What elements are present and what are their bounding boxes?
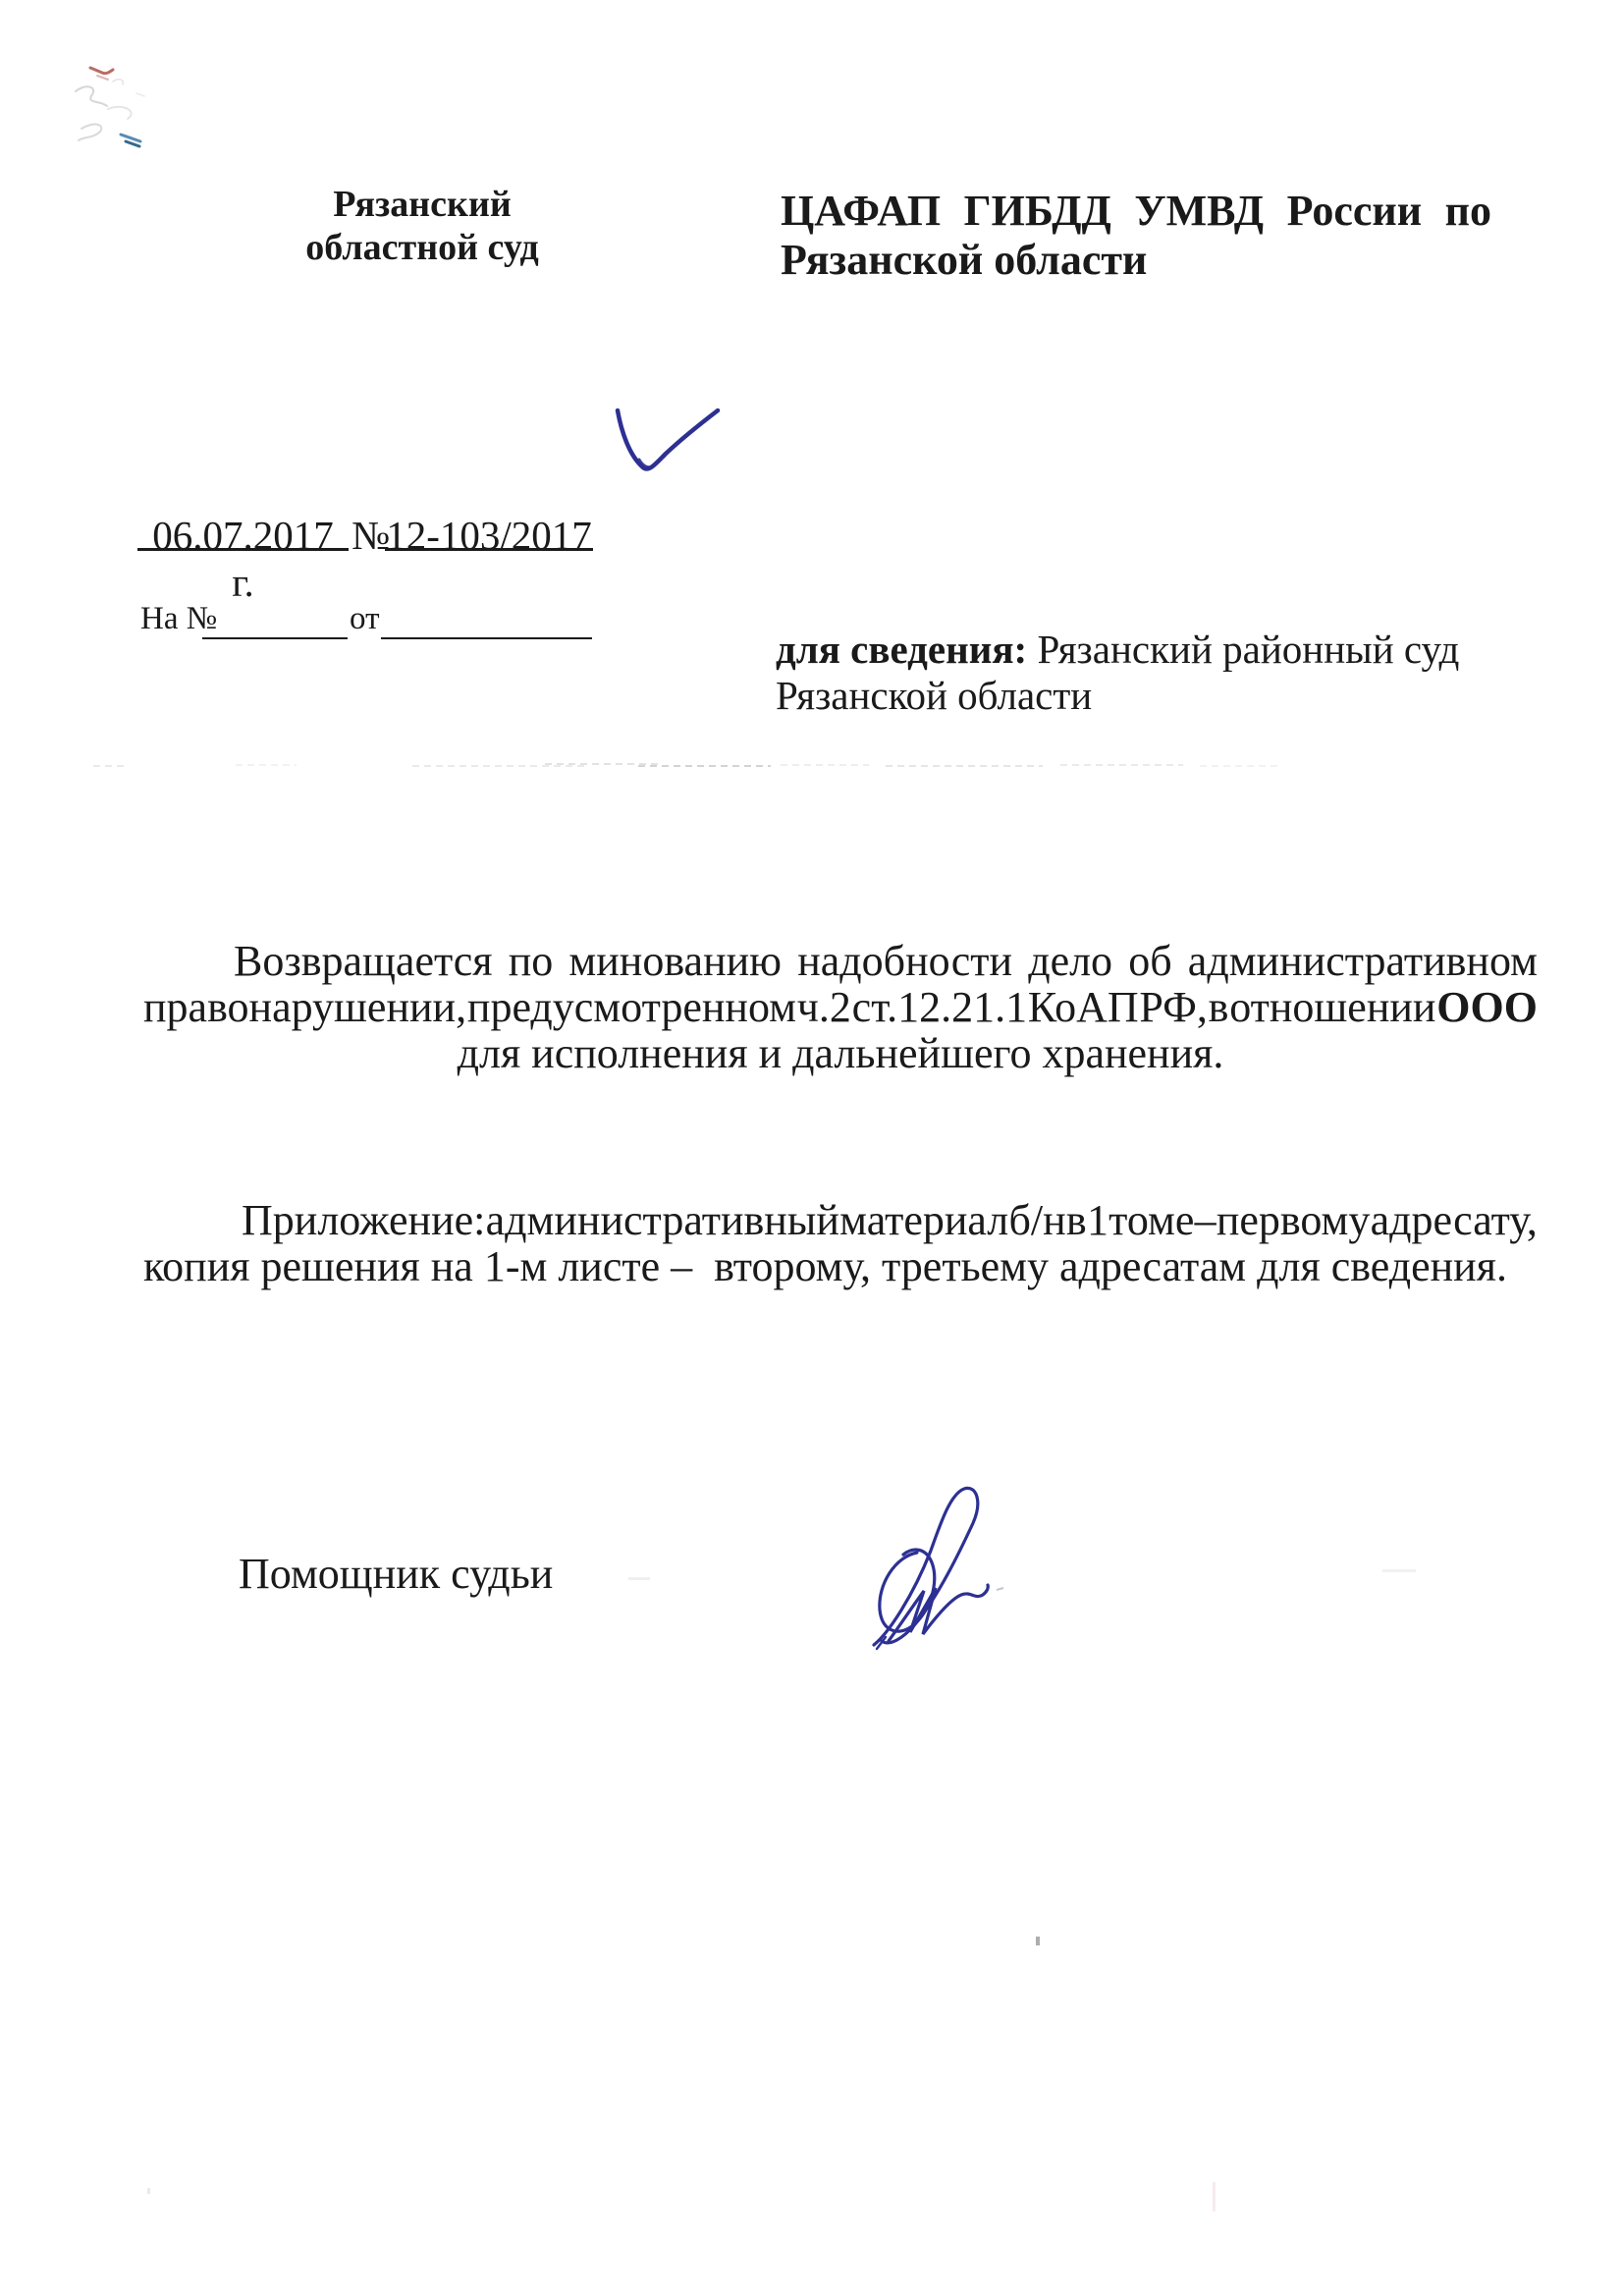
word: – [1195,1197,1216,1243]
sender-line1: Рязанский [265,183,579,226]
word: в [1066,1197,1087,1243]
scanner-speck [628,1577,650,1580]
word: минованию [568,938,782,984]
body-line3: для исполнения и дальнейшего хранения. [143,1030,1538,1076]
attachment-paragraph: Приложение:административныйматериалб/нв1… [143,1197,1538,1289]
word: материал [839,1197,1008,1243]
word: РФ, [1139,984,1207,1030]
recipient-line1: ЦАФАПГИБДДУМВДРоссиипо [781,187,1491,236]
word: дело [1028,938,1112,984]
fyi-line1-rest: Рязанский районный суд [1027,627,1459,672]
fyi-line2: Рязанской области [776,673,1463,719]
date-underline [137,548,349,551]
word: по [1445,187,1491,236]
scanner-speck [147,2188,150,2194]
scanner-smudge-top-left [54,34,191,172]
attachment-line2: копия решения на 1-м листе – второму, тр… [143,1243,1538,1289]
word: ст.12.21.1 [852,984,1027,1030]
reply-date-blank-line [381,637,592,639]
signer-title: Помощник судьи [239,1549,553,1599]
word: правонарушении, [143,984,466,1030]
word: УМВД [1134,187,1264,236]
recipient-line2: Рязанской области [781,236,1491,285]
word: адресату, [1371,1197,1538,1243]
word: ч.2 [797,984,851,1030]
word: предусмотренном [467,984,796,1030]
recipient-block: ЦАФАПГИБДДУМВДРоссиипо Рязанской области [781,187,1491,285]
body-paragraph: Возвращаетсяпоминованиюнадобностиделооба… [143,938,1538,1076]
number-underline [385,548,593,551]
word: первому [1216,1197,1371,1243]
scanned-letter-page: Рязанский областной суд ЦАФАПГИБДДУМВДРо… [0,0,1622,2296]
scanner-pink-streak [1213,2182,1216,2212]
word: Приложение: [242,1197,485,1243]
word: России [1287,187,1423,236]
word: 1 [1087,1197,1108,1243]
sender-block: Рязанский областной суд [265,183,579,269]
handwritten-checkmark-icon [601,395,729,483]
fyi-block: для сведения: Рязанский районный суд Ряз… [776,627,1463,719]
word: отношении [1229,984,1435,1030]
handwritten-signature-icon [844,1476,1006,1653]
word: Возвращается [234,938,493,984]
word: административном [1188,938,1538,984]
word: надобности [797,938,1012,984]
word: б/н [1009,1197,1066,1243]
scanner-speck [1382,1569,1416,1572]
word: ГИБДД [964,187,1111,236]
sender-line2: областной суд [265,226,579,269]
fyi-line1: для сведения: Рязанский районный суд [776,627,1463,673]
scanner-smudge-line [88,756,1306,772]
reply-number-blank-line [202,637,348,639]
fyi-label: для сведения: [776,627,1027,672]
word: по [509,938,554,984]
word: в [1209,984,1229,1030]
reply-to-label: На № [140,601,217,637]
outgoing-date: 06.07.2017 г. [137,512,349,606]
reply-from-label: от [350,601,380,637]
body-line1: Возвращаетсяпоминованиюнадобностиделооба… [143,938,1538,984]
attachment-line1: Приложение:административныйматериалб/нв1… [143,1197,1538,1243]
outgoing-number: 12-103/2017 [385,512,593,559]
word: КоАП [1028,984,1139,1030]
body-line2-bold-ooo: ООО [1436,984,1538,1030]
body-line2: правонарушении,предусмотренномч.2ст.12.2… [143,984,1538,1030]
word: административный [486,1197,839,1243]
word: ЦАФАП [781,187,941,236]
word: об [1128,938,1171,984]
scanner-speck [1036,1937,1040,1945]
word: томе [1108,1197,1194,1243]
